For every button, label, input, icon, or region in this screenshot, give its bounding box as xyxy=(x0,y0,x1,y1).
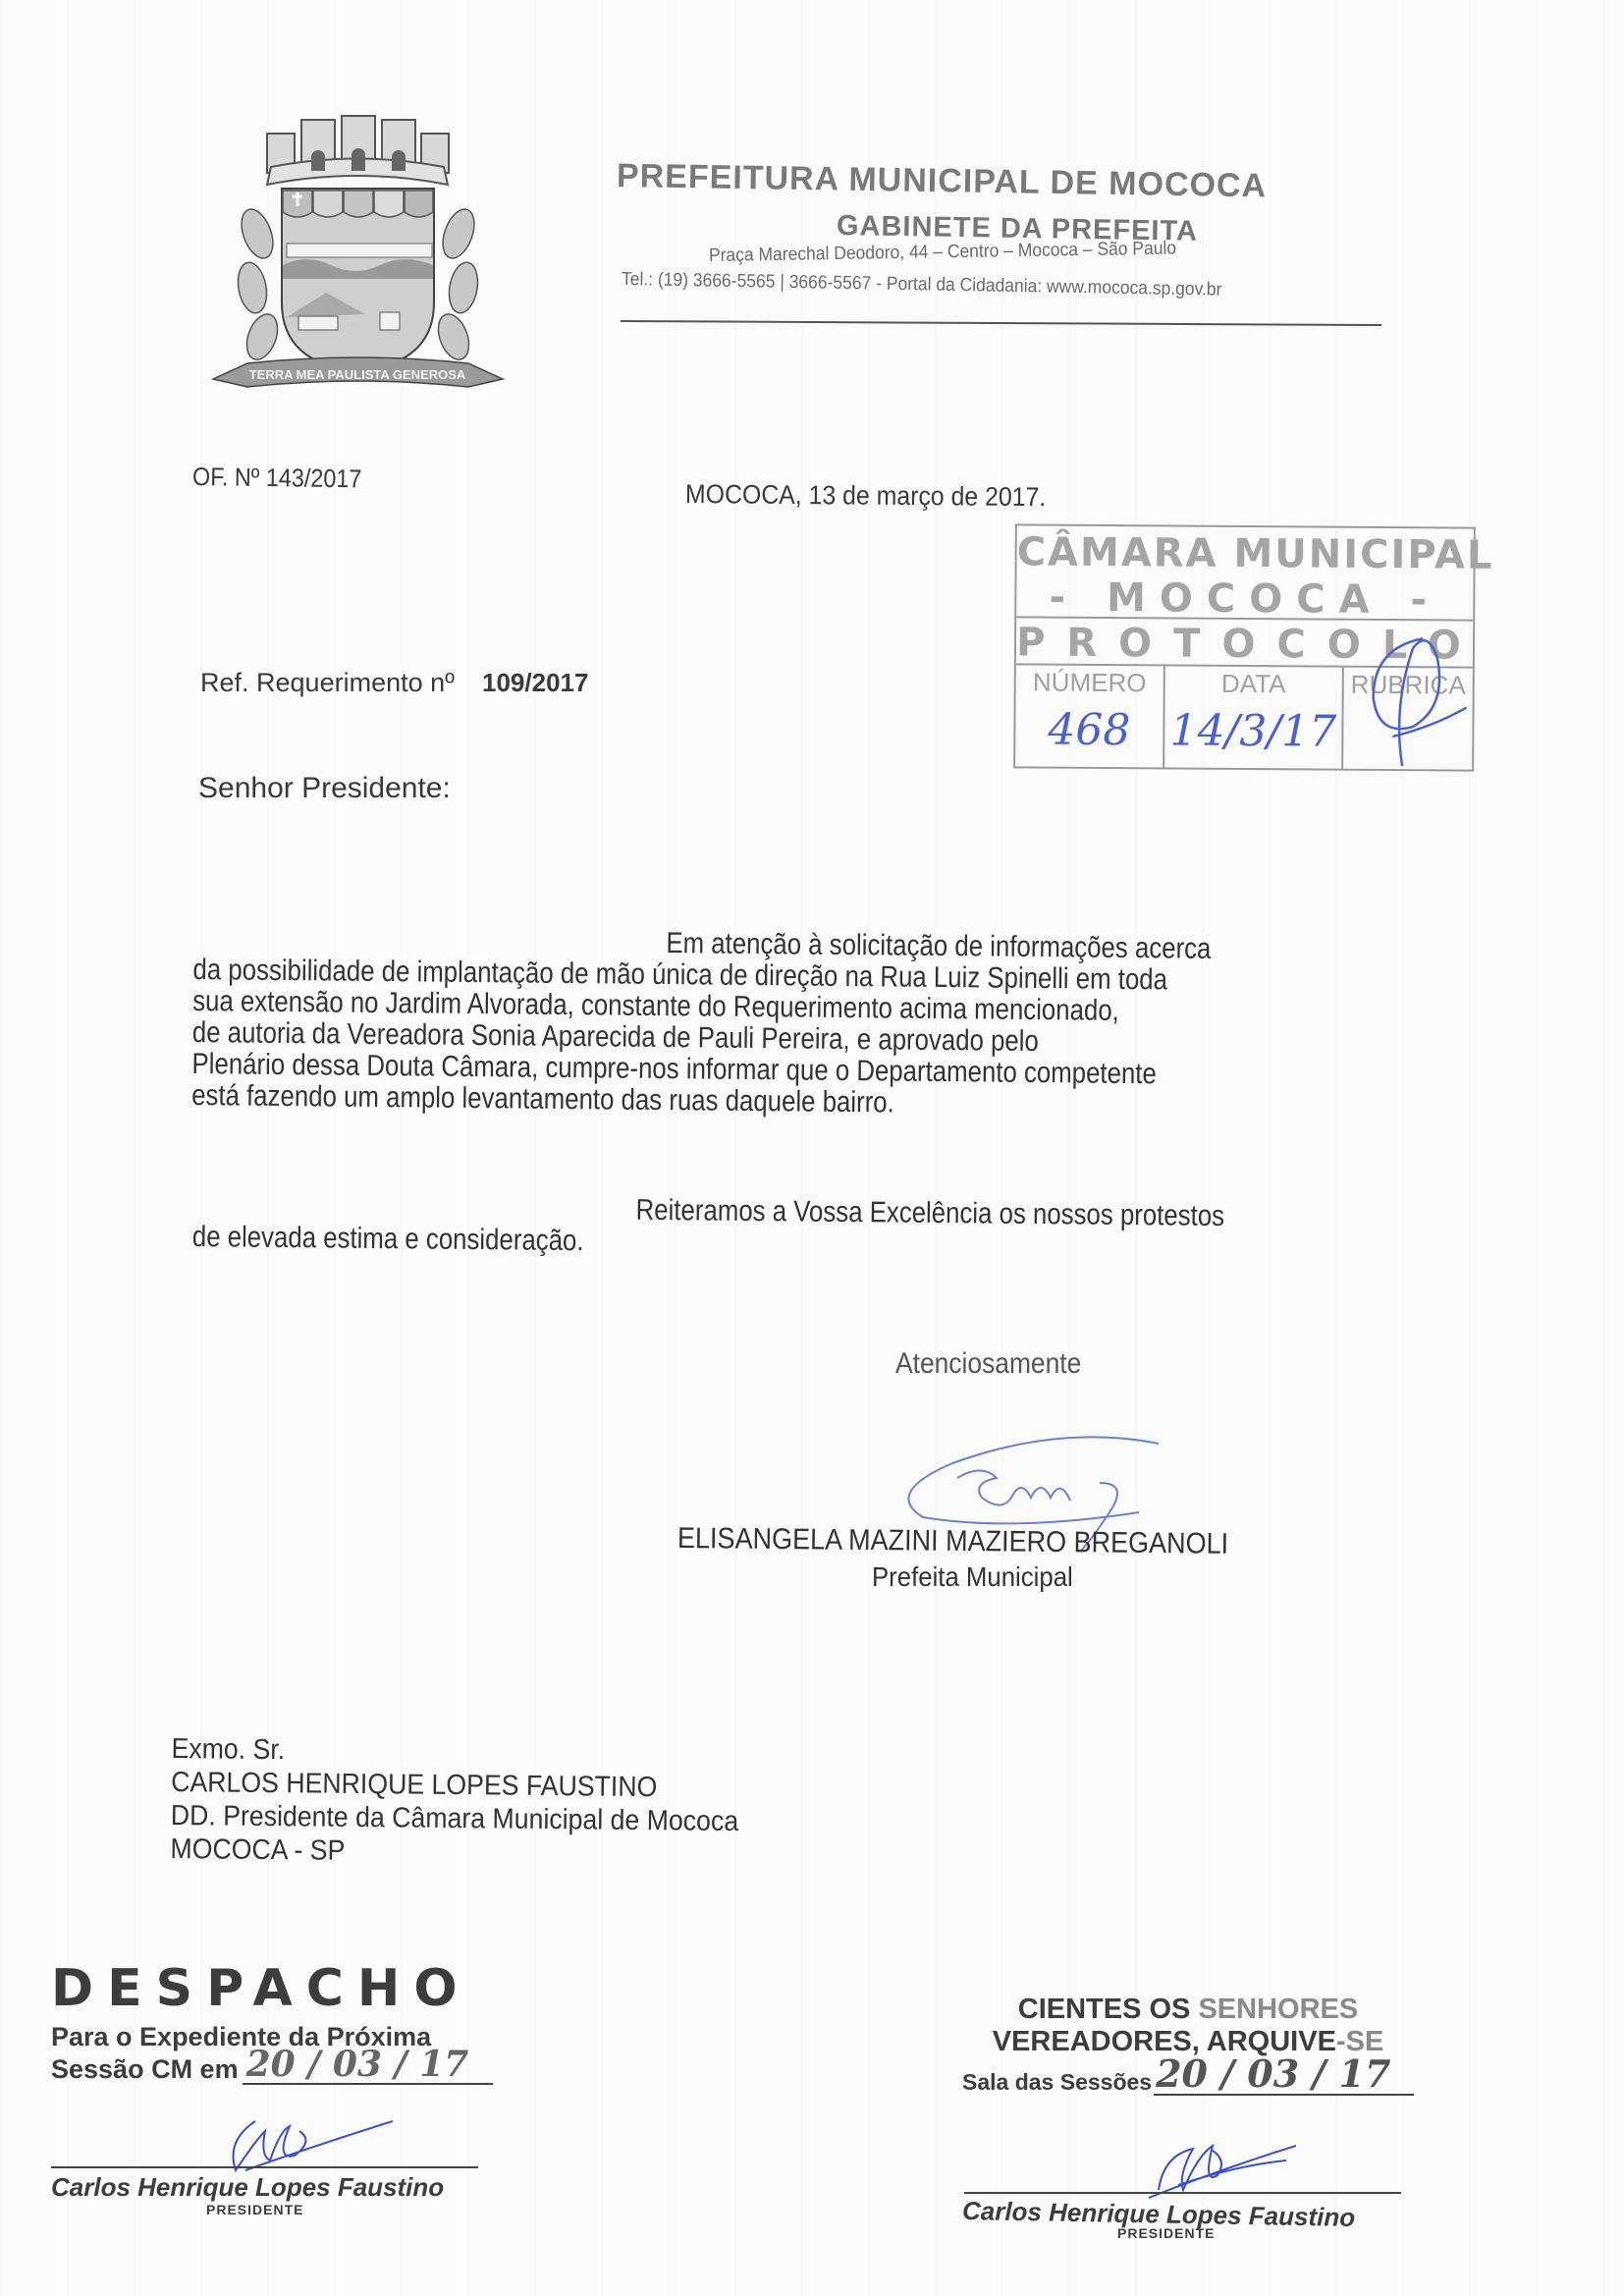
despacho-signer-name: Carlos Henrique Lopes Faustino xyxy=(51,2172,444,2203)
handwritten-protocol-number: 468 xyxy=(1015,704,1163,755)
cientes-date-field: 20 / 03 / 17 xyxy=(1154,2064,1414,2096)
stamp-cell-numero: NÚMERO 468 xyxy=(1015,665,1165,767)
rubrica-initials-icon xyxy=(1353,629,1472,777)
letterhead-contact: Tel.: (19) 3666-5565 | 3666-5567 - Porta… xyxy=(622,269,1222,301)
letterhead-divider xyxy=(621,320,1381,326)
reference-number: 109/2017 xyxy=(482,668,588,697)
stamp-line-camara: CÂMARA MUNICIPAL xyxy=(1017,529,1474,577)
cientes-signer-role: PRESIDENTE xyxy=(1117,2225,1215,2241)
letterhead-address: Praça Marechal Deodoro, 44 – Centro – Mo… xyxy=(709,239,1176,267)
addressee-block: Exmo. Sr. CARLOS HENRIQUE LOPES FAUSTINO… xyxy=(170,1732,739,1872)
letterhead-title: PREFEITURA MUNICIPAL DE MOCOCA xyxy=(617,157,1268,205)
handwritten-session-date: 20 / 03 / 17 xyxy=(246,2044,469,2085)
salutation: Senhor Presidente: xyxy=(198,772,451,805)
protocol-stamp: CÂMARA MUNICIPAL - MOCOCA - PROTOCOLO NÚ… xyxy=(1013,523,1476,771)
signature-line xyxy=(51,2166,478,2168)
despacho-heading: DESPACHO xyxy=(51,1959,493,2018)
reference-line: Ref. Requerimento nº109/2017 xyxy=(200,668,588,698)
svg-text:TERRA MEA PAULISTA GENEROSA: TERRA MEA PAULISTA GENEROSA xyxy=(249,367,466,382)
despacho-stamp: DESPACHO Para o Expediente da Próxima Se… xyxy=(51,1959,493,2085)
stamp-cell-rubrica: RUBRICA xyxy=(1343,668,1473,770)
handwritten-protocol-date: 14/3/17 xyxy=(1164,705,1341,756)
despacho-date-field: 20 / 03 / 17 xyxy=(243,2055,493,2085)
signer-name: ELISANGELA MAZINI MAZIERO BREGANOLI xyxy=(677,1522,1228,1561)
cientes-line-1: CIENTES OS SENHORES xyxy=(962,1994,1414,2026)
cientes-line-3: Sala das Sessões 20 / 03 / 17 xyxy=(962,2064,1414,2096)
body-paragraph-2: Reiteramos a Vossa Excelência os nossos … xyxy=(192,1190,1470,1267)
signature-line xyxy=(964,2192,1401,2194)
cientes-stamp: CIENTES OS SENHORES VEREADORES, ARQUIVE-… xyxy=(962,1994,1414,2096)
stamp-cell-data: DATA 14/3/17 xyxy=(1164,666,1344,768)
president-signature-icon xyxy=(196,2102,393,2180)
handwritten-session-date: 20 / 03 / 17 xyxy=(1156,2051,1390,2096)
body-paragraph-1: Em atenção à solicitação de informações … xyxy=(191,923,1470,1125)
date-line: MOCOCA, 13 de março de 2017. xyxy=(685,479,1047,513)
despacho-signer-role: PRESIDENTE xyxy=(206,2202,303,2217)
municipal-crest-icon: TERRA MEA PAULISTA GENEROSA xyxy=(208,106,508,401)
despacho-line-2: Sessão CM em 20 / 03 / 17 xyxy=(51,2054,493,2085)
reference-label: Ref. Requerimento nº xyxy=(200,668,455,697)
closing-salutation: Atenciosamente xyxy=(895,1347,1081,1381)
signer-role: Prefeita Municipal xyxy=(872,1561,1073,1593)
office-number: OF. Nº 143/2017 xyxy=(192,462,362,494)
